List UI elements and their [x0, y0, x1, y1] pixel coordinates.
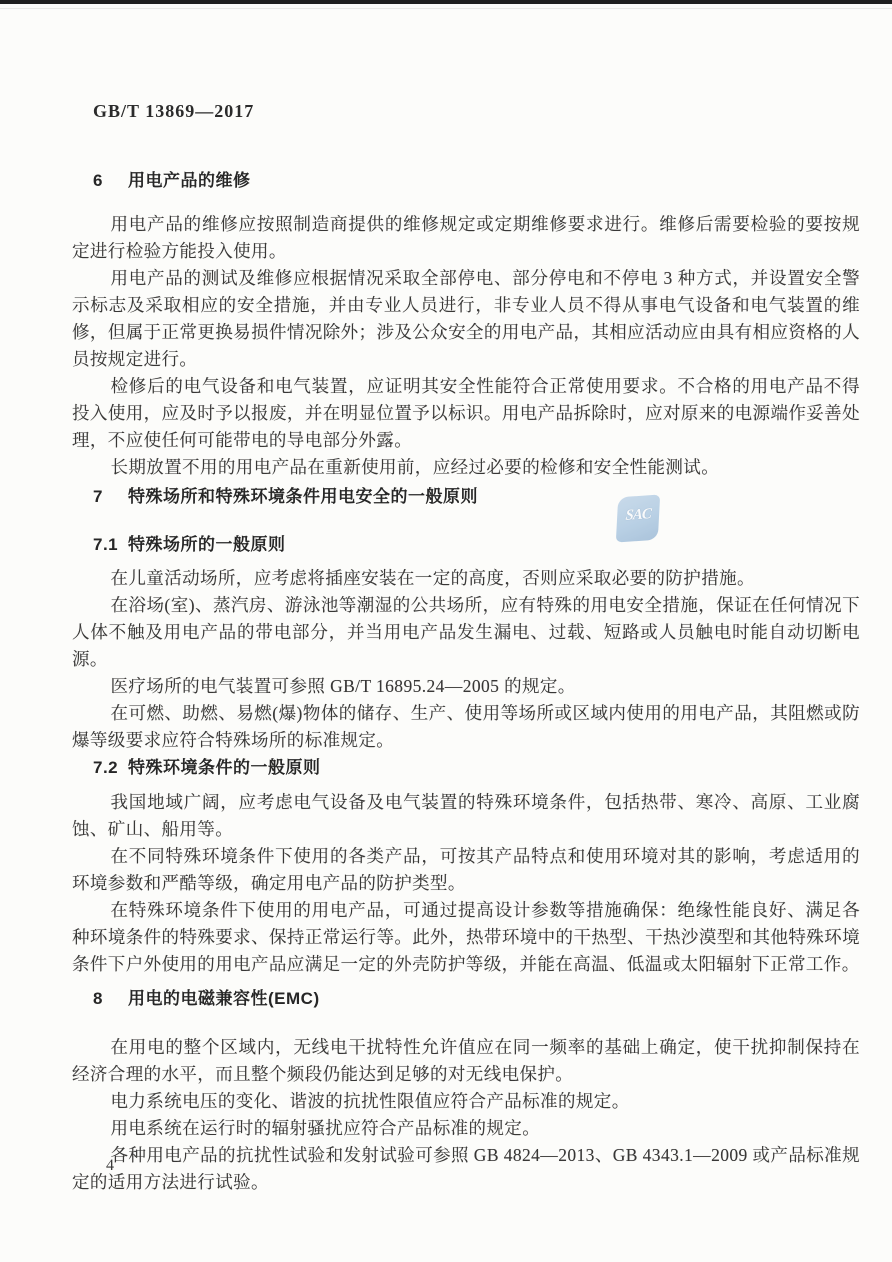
document-page: GB/T 13869—2017 SAC 6用电产品的维修 用电产品的维修应按照制…	[0, 0, 892, 1262]
section-8-paragraphs: 在用电的整个区域内，无线电干扰特性允许值应在同一频率的基础上确定，使干扰抑制保持…	[72, 1034, 860, 1196]
section-7-1-title: 特殊场所的一般原则	[128, 535, 286, 554]
paragraph: 在浴场(室)、蒸汽房、游泳池等潮湿的公共场所，应有特殊的用电安全措施，保证在任何…	[72, 592, 860, 673]
paragraph: 在不同特殊环境条件下使用的各类产品，可按其产品特点和使用环境对其的影响，考虑适用…	[72, 843, 860, 897]
paragraph: 检修后的电气设备和电气装置，应证明其安全性能符合正常使用要求。不合格的用电产品不…	[72, 373, 860, 454]
page-number: 4	[106, 1157, 114, 1175]
section-6-number: 6	[93, 168, 128, 194]
section-7-2-paragraphs: 我国地域广阔，应考虑电气设备及电气装置的特殊环境条件，包括热带、寒冷、高原、工业…	[72, 789, 860, 978]
paragraph: 用电产品的维修应按照制造商提供的维修规定或定期维修要求进行。维修后需要检验的要按…	[72, 211, 860, 265]
section-7-2-number: 7.2	[93, 755, 128, 781]
paragraph: 用电产品的测试及维修应根据情况采取全部停电、部分停电和不停电 3 种方式，并设置…	[72, 265, 860, 373]
page-body: 6用电产品的维修 用电产品的维修应按照制造商提供的维修规定或定期维修要求进行。维…	[72, 0, 860, 1196]
paragraph: 在特殊环境条件下使用的用电产品，可通过提高设计参数等措施确保：绝缘性能良好、满足…	[72, 897, 860, 978]
section-6-title: 用电产品的维修	[128, 171, 251, 190]
paragraph: 我国地域广阔，应考虑电气设备及电气装置的特殊环境条件，包括热带、寒冷、高原、工业…	[72, 789, 860, 843]
section-6-heading: 6用电产品的维修	[72, 168, 860, 194]
section-8-number: 8	[93, 986, 128, 1012]
paragraph: 长期放置不用的用电产品在重新使用前，应经过必要的检修和安全性能测试。	[72, 454, 860, 481]
paragraph: 在用电的整个区域内，无线电干扰特性允许值应在同一频率的基础上确定，使干扰抑制保持…	[72, 1034, 860, 1088]
paragraph: 用电系统在运行时的辐射骚扰应符合产品标准的规定。	[72, 1115, 860, 1142]
section-7-heading: 7特殊场所和特殊环境条件用电安全的一般原则	[72, 484, 860, 510]
section-7-2-title: 特殊环境条件的一般原则	[128, 758, 321, 777]
section-8-title: 用电的电磁兼容性(EMC)	[128, 989, 320, 1008]
section-7-number: 7	[93, 484, 128, 510]
section-7-1-heading: 7.1特殊场所的一般原则	[72, 532, 860, 558]
section-7-1-number: 7.1	[93, 532, 128, 558]
paragraph: 在可燃、助燃、易燃(爆)物体的储存、生产、使用等场所或区域内使用的用电产品，其阻…	[72, 700, 860, 754]
paragraph: 医疗场所的电气装置可参照 GB/T 16895.24—2005 的规定。	[72, 673, 860, 700]
paragraph: 电力系统电压的变化、谐波的抗扰性限值应符合产品标准的规定。	[72, 1088, 860, 1115]
paragraph: 各种用电产品的抗扰性试验和发射试验可参照 GB 4824—2013、GB 434…	[72, 1142, 860, 1196]
section-6-paragraphs: 用电产品的维修应按照制造商提供的维修规定或定期维修要求进行。维修后需要检验的要按…	[72, 211, 860, 481]
section-7-title: 特殊场所和特殊环境条件用电安全的一般原则	[128, 487, 478, 506]
section-7-2-heading: 7.2特殊环境条件的一般原则	[72, 755, 860, 781]
section-7-1-paragraphs: 在儿童活动场所，应考虑将插座安装在一定的高度，否则应采取必要的防护措施。 在浴场…	[72, 565, 860, 754]
section-8-heading: 8用电的电磁兼容性(EMC)	[72, 986, 860, 1012]
paragraph: 在儿童活动场所，应考虑将插座安装在一定的高度，否则应采取必要的防护措施。	[72, 565, 860, 592]
